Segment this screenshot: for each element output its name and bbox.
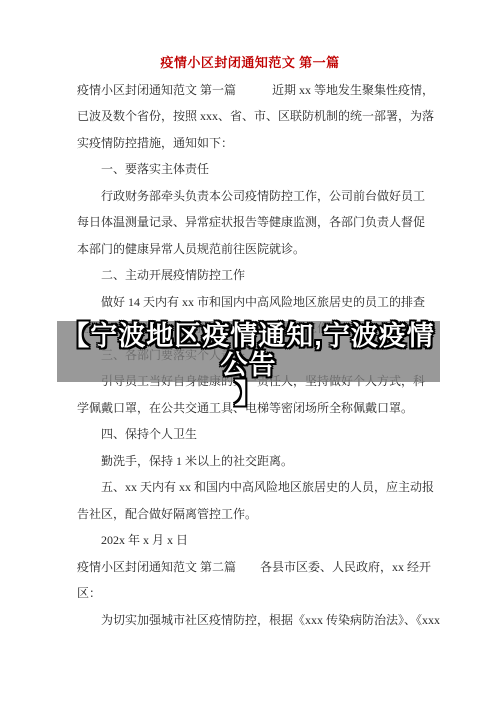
section-heading-line: 四、保持个人卫生 [77,421,423,448]
text-line: 疫情小区封闭通知范文 第一篇 近期 xx 等地发生聚集性疫情， [77,77,423,104]
section-heading-line: 一、要落实主体责任 [77,156,423,183]
text-line: 勤洗手，保持 1 米以上的社交距离。 [77,448,423,475]
section-heading-line: 二、主动开展疫情防控工作 [77,262,423,289]
text-line: 区： [77,580,423,607]
watermark-banner-line1: 【宁波地区疫情通知,宁波疫情公告 [57,322,440,380]
text-line: 疫情小区封闭通知范文 第二篇 各县市区委、人民政府，xx 经开 [77,554,423,581]
text-line: 行政财务部牵头负责本公司疫情防控工作，公司前台做好员工 [77,183,423,210]
text-line: 已波及数个省份，按照 xxx、省、市、区联防机制的统一部署，为落 [77,103,423,130]
document-page: 疫情小区封闭通知范文 第一篇 疫情小区封闭通知范文 第一篇 近期 xx 等地发生… [0,0,500,706]
text-line: 实疫情防控措施，通知如下： [77,130,423,157]
text-line: 本部门的健康异常人员规范前往医院就诊。 [77,236,423,263]
text-line: 五、xx 天内有 xx 和国内中高风险地区旅居史的人员，应主动报 [77,474,423,501]
watermark-banner: 【宁波地区疫情通知,宁波疫情公告 】 [57,321,440,382]
text-line: 每日体温测量记录、异常症状报告等健康监测，各部门负责人督促 [77,209,423,236]
text-line: 做好 14 天内有 xx 市和国内中高风险地区旅居史的员工的排查 [77,289,423,316]
date-line: 202x 年 x 月 x 日 [77,527,423,554]
text-line: 为切实加强城市社区疫情防控，根据《xxx 传染病防治法》、《xxx [77,607,423,634]
watermark-banner-bracket: 】 [57,380,440,409]
text-line: 告社区，配合做好隔离管控工作。 [77,501,423,528]
document-title: 疫情小区封闭通知范文 第一篇 [77,50,423,77]
